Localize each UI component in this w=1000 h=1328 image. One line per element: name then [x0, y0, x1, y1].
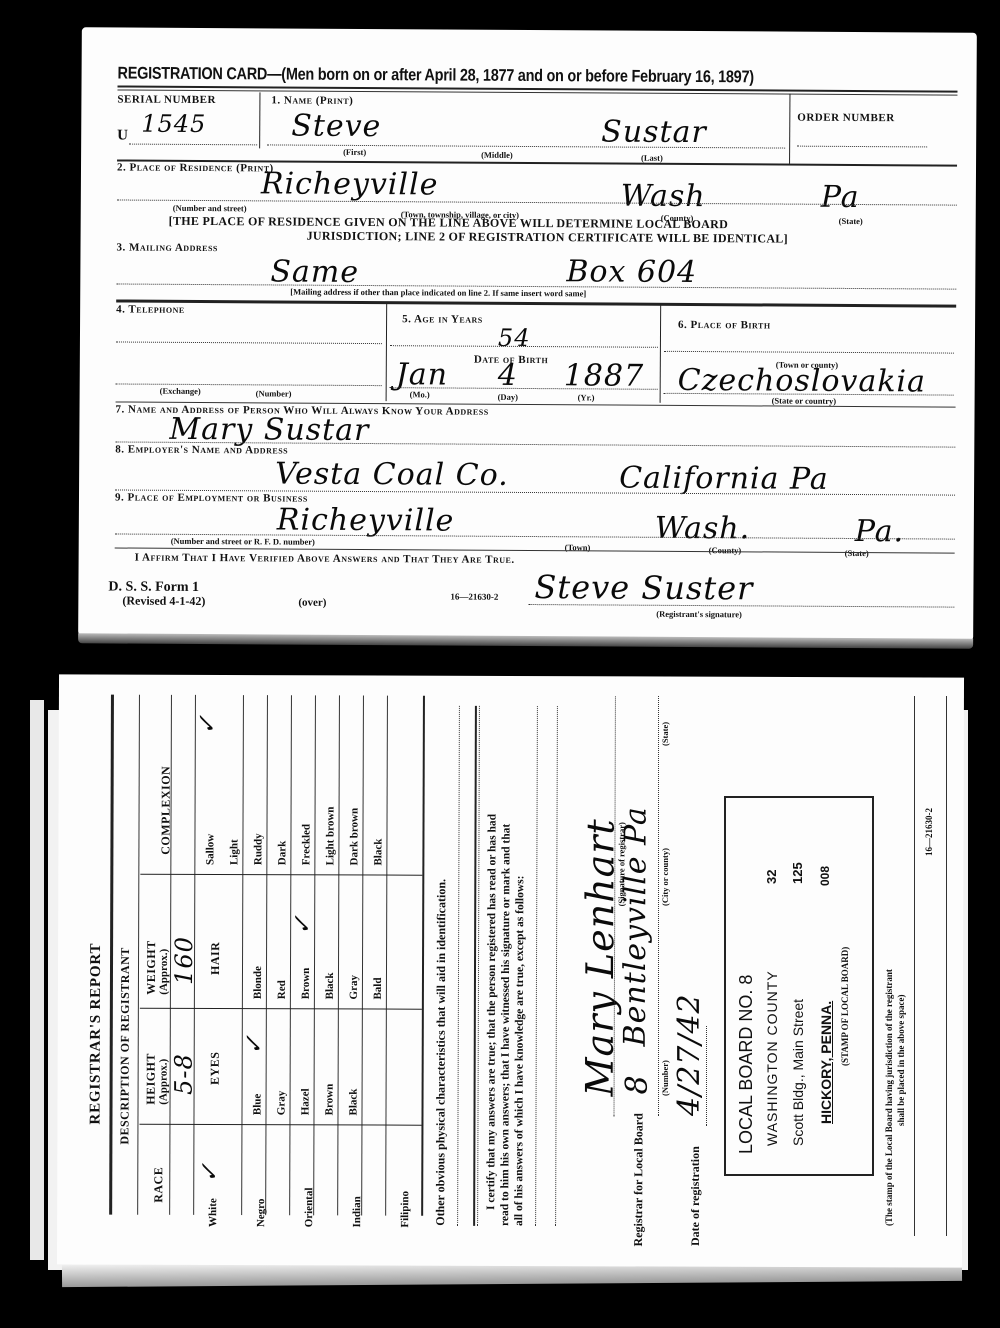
last-caption: (Last)	[641, 153, 663, 163]
certify-line-2: read to him his own answers; that I have…	[499, 824, 512, 1226]
complexion-option-light-brown: Light brown	[324, 807, 336, 866]
residence-town-value: Richeyville	[261, 166, 439, 202]
registration-card-front: REGISTRATION CARD—(Men born on or after …	[78, 27, 977, 640]
eyes-option-black: Black	[347, 1089, 359, 1116]
complexion-header: COMPLEXION	[158, 766, 173, 855]
form-revised: (Revised 4-1-42)	[122, 594, 205, 610]
complexion-option-dark-brown: Dark brown	[348, 808, 360, 866]
number-street-caption: (Number and street)	[173, 203, 247, 213]
complexion-option-light: Light	[228, 839, 240, 865]
race-option-filipino: Filipino	[399, 1191, 411, 1228]
rfd-caption: (Number and street or R. F. D. number)	[171, 536, 315, 547]
age-value: 54	[498, 324, 531, 352]
day-caption: (Day)	[498, 392, 518, 402]
employment-county-value: Wash.	[655, 511, 751, 547]
age-label: 5. Age in Years	[402, 313, 483, 325]
height-header: HEIGHT	[144, 1053, 159, 1105]
employment-town-value: Richeyville	[277, 502, 455, 538]
print-code: 16—21630-2	[450, 592, 498, 602]
name-label: 1. Name (Print)	[271, 94, 353, 107]
over-text: (over)	[298, 597, 326, 609]
complexion-option-freckled: Freckled	[300, 824, 312, 865]
registrar-label: Registrar for Local Board	[631, 1113, 646, 1246]
hair-check-mark: ✓	[288, 914, 316, 935]
serial-prefix: U	[117, 127, 128, 144]
registrar-city-value: Bentleyville Pa	[618, 806, 654, 1046]
eyes-option-gray: Gray	[275, 1091, 287, 1115]
eyes-option-hazel: Hazel	[299, 1088, 311, 1115]
hair-option-gray: Gray	[348, 975, 360, 999]
serial-number-value: 1545	[141, 110, 206, 138]
employment-state-value: Pa.	[855, 514, 904, 549]
registrars-report-card: REGISTRAR'S REPORT DESCRIPTION OF REGIST…	[57, 674, 964, 1267]
race-option-white: White	[207, 1198, 219, 1227]
other-characteristics-label: Other obvious physical characteristics t…	[433, 879, 449, 1226]
signature-caption: (Registrant's signature)	[656, 609, 742, 620]
yr-caption: (Yr.)	[578, 392, 595, 402]
weight-header: WEIGHT	[144, 940, 159, 994]
complexion-option-sallow: Sallow	[204, 834, 216, 865]
complexion-option-ruddy: Ruddy	[252, 833, 264, 865]
complexion-check-mark: ✓	[193, 714, 221, 735]
hair-option-red: Red	[276, 980, 288, 999]
exchange-caption: (Exchange)	[160, 386, 201, 396]
height-sub: (Approx.)	[158, 1059, 170, 1105]
report-title: REGISTRAR'S REPORT	[87, 943, 105, 1125]
race-header: RACE	[151, 1167, 166, 1203]
eyes-option-blue: Blue	[251, 1094, 263, 1115]
certify-line-1: I certify that my answers are true; that…	[485, 814, 498, 1210]
mo-caption: (Mo.)	[410, 389, 430, 399]
card-stack-edge	[30, 700, 44, 1260]
mailing-address-label: 3. Mailing Address	[116, 241, 217, 254]
complexion-option-black: Black	[372, 839, 384, 866]
state-caption: (State)	[839, 216, 863, 226]
employer-name-value: Vesta Coal Co.	[275, 456, 509, 492]
complexion-option-dark: Dark	[276, 841, 288, 865]
residence-state-value: Pa	[821, 180, 860, 215]
middle-caption: (Middle)	[481, 150, 513, 160]
eyes-option-brown: Brown	[323, 1084, 335, 1116]
first-caption: (First)	[343, 147, 366, 157]
eyes-header: EYES	[208, 1052, 223, 1085]
weight-sub: (Approx.)	[158, 949, 170, 995]
hair-header: HAIR	[208, 942, 223, 975]
employer-label: 8. Employer's Name and Address	[115, 443, 288, 456]
name-first-value: Steve	[291, 109, 381, 145]
eyes-check-mark: ✓	[240, 1034, 268, 1055]
residence-label: 2. Place of Residence (Print)	[117, 161, 274, 174]
rotated-content: REGISTRAR'S REPORT DESCRIPTION OF REGIST…	[57, 674, 964, 1267]
registrar-board-value: 8	[620, 1074, 655, 1094]
certify-line-3: all of his answers of which I have knowl…	[513, 875, 526, 1226]
affirm-text: I Affirm That I Have Verified Above Answ…	[135, 552, 515, 566]
report-subtitle: DESCRIPTION OF REGISTRANT	[117, 947, 133, 1144]
hair-option-black: Black	[324, 972, 336, 999]
mailing-value-2: Box 604	[566, 254, 697, 290]
race-check-mark: ✓	[195, 1162, 223, 1183]
employer-address-value: California Pa	[619, 461, 829, 497]
serial-number-label: SERIAL NUMBER	[117, 93, 216, 106]
state-country-caption: (State or country)	[772, 395, 837, 405]
hair-option-blonde: Blonde	[252, 966, 264, 999]
mailing-caption: [Mailing address if other than place ind…	[290, 287, 586, 299]
order-number-label: ORDER NUMBER	[797, 112, 894, 125]
residence-county-value: Wash	[621, 179, 706, 215]
card-title: REGISTRATION CARD—(Men born on or after …	[118, 63, 754, 87]
jurisdiction-note-2: JURISDICTION; LINE 2 OF REGISTRATION CER…	[307, 229, 788, 247]
number-caption: (Number)	[256, 388, 292, 398]
name-last-value: Sustar	[601, 114, 707, 150]
telephone-label: 4. Telephone	[116, 303, 185, 315]
registrant-signature: Steve Suster	[534, 568, 753, 607]
hair-option-brown: Brown	[300, 968, 312, 1000]
hair-option-bald: Bald	[372, 978, 384, 1000]
birthplace-label: 6. Place of Birth	[678, 319, 771, 332]
